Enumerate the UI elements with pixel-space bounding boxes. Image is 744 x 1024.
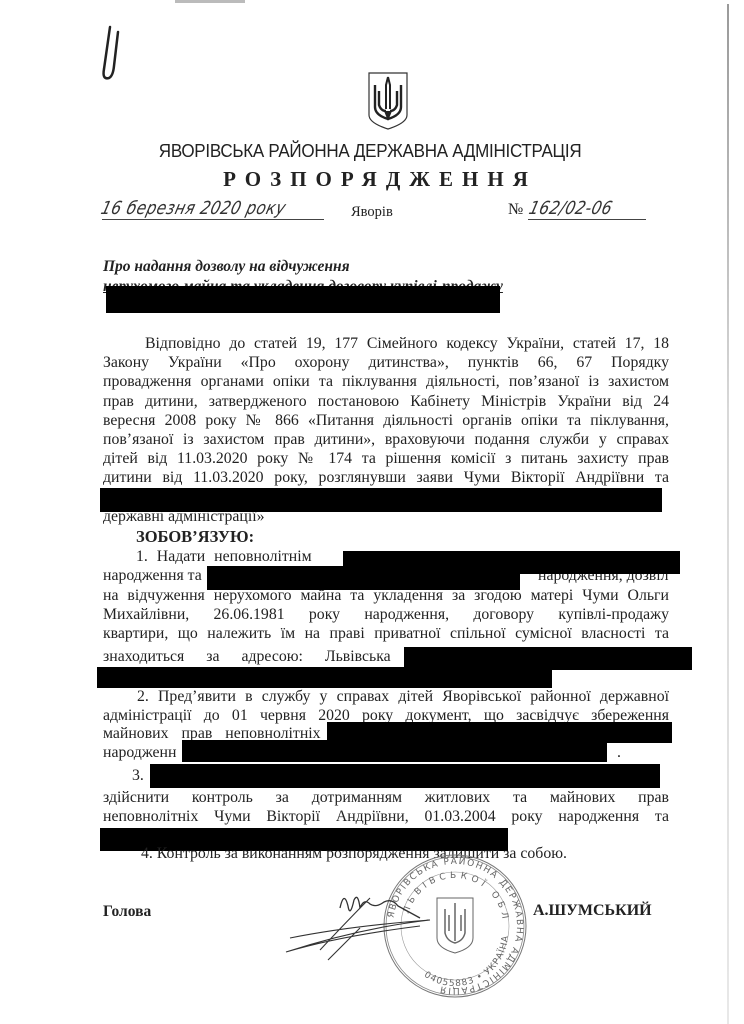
redaction-box [100,488,662,512]
resolve-heading: ЗОБОВ’ЯЗУЮ: [136,527,254,547]
page-edge-line [727,4,729,1024]
date-underline [102,219,324,220]
redaction-box [150,764,660,788]
handwritten-signature [280,888,460,963]
text-line: Відповідно до статей 19, 177 Сімейного к… [103,334,669,353]
text-line: пов’язаної із захистом прав дитини», вра… [103,430,669,449]
handwritten-number: 162/02-06 [527,198,615,219]
text-line: дітей від 11.03.2020 року № 174 та рішен… [103,449,669,468]
redaction-box [97,667,552,688]
item-1-start: 1. Надати неповнолітнім [136,548,312,566]
text-line: 2. Пред’явити в службу у справах дітей Я… [103,687,669,706]
item-3-start: 3. [132,767,144,785]
handwritten-date: 16 березня 2020 року [99,198,288,219]
text-line: провадження органами опіки та піклування… [103,372,669,391]
text-line: неповнолітніх Чуми Вікторії Андріївни, 0… [103,807,669,826]
item-2-line-end: . [617,744,621,762]
redaction-box [207,566,520,590]
item-2-paragraph: 2. Пред’явити в службу у справах дітей Я… [103,687,669,725]
text-line: квартири, що належить їм на праві приват… [103,624,669,643]
text-line: прав дитини, затвердженого постановою Ка… [103,392,669,411]
redaction-box [106,286,500,313]
number-underline [528,219,646,220]
text-line: Закону України «Про охорону дитинства», … [103,353,669,372]
coat-of-arms-icon [367,71,409,131]
text-line: здійснити контроль за дотриманням житлов… [103,788,669,807]
subject-line: Про надання дозволу на відчуження [103,257,503,277]
number-sign: № [508,201,523,219]
place-of-issue: Яворів [351,204,393,221]
text-line: Михайлівни, 26.06.1981 року народження, … [103,605,669,624]
scan-artifact [175,0,245,3]
item-3-paragraph: здійснити контроль за дотриманням житлов… [103,788,669,826]
paper-clip-mark-icon [96,24,126,84]
item-1-line: народження та [103,567,202,585]
item-2-line: народженн [103,744,176,762]
item-1-address-line: знаходиться за адресою: Львівська [103,648,391,666]
signatory-title: Голова [103,903,151,921]
item-1-paragraph: на відчуження нерухомого майна та укладе… [103,586,669,644]
redaction-box [182,740,607,762]
signatory-name: А.ШУМСЬКИЙ [533,902,652,920]
text-line: дитини від 11.03.2020 року, розглянувши … [103,468,669,487]
document-type-heading: РОЗПОРЯДЖЕННЯ [0,167,744,192]
text-line: вересня 2008 року № 866 «Питання діяльно… [103,411,669,430]
organization-title: ЯВОРІВСЬКА РАЙОННА ДЕРЖАВНА АДМІНІСТРАЦІ… [28,140,712,162]
